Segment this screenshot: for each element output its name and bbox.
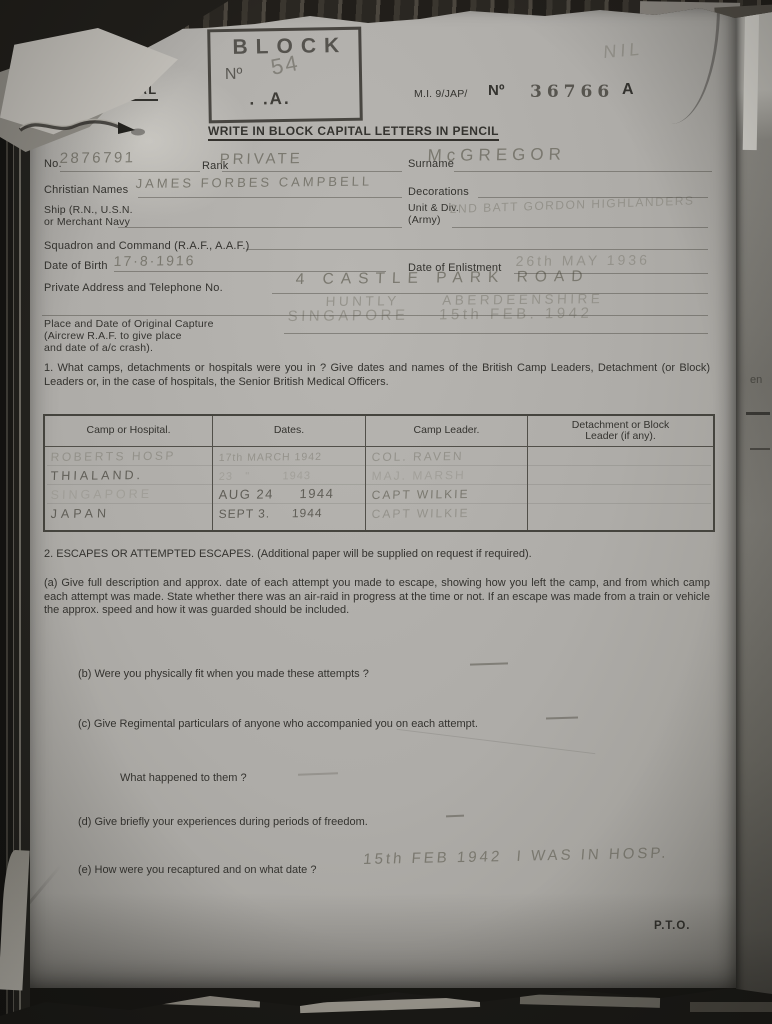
table-cell: SEPT 3. 1944 xyxy=(219,505,359,524)
table-cell: ROBERTS HOSP xyxy=(51,448,206,467)
table-body-detachment xyxy=(528,447,713,530)
table-body-dates: 17th MARCH 1942 23 " 1943 AUG 24 1944 SE… xyxy=(213,447,365,530)
binding-string xyxy=(18,104,158,148)
table-header-dates: Dates. xyxy=(213,416,365,447)
paper-crease xyxy=(397,729,596,754)
rule-line xyxy=(138,196,402,198)
table-cell: JAPAN xyxy=(51,505,206,524)
question-1-text: 1. What camps, detachments or hospitals … xyxy=(44,362,710,389)
table-cell: COL. RAVEN xyxy=(372,448,521,467)
question-2c2-text: What happened to them ? xyxy=(120,772,420,786)
rule-line xyxy=(478,196,708,198)
rule-line xyxy=(272,292,708,294)
field-surname-value: McGREGOR xyxy=(427,145,566,166)
stacked-pages-right-edge xyxy=(736,0,772,1024)
ref-letter: A xyxy=(622,81,634,99)
rule-line xyxy=(222,170,402,172)
table-column-dates: Dates. 17th MARCH 1942 23 " 1943 AUG 24 … xyxy=(213,416,366,530)
field-rank-value: PRIVATE xyxy=(219,150,303,168)
question-2a-text: (a) Give full description and approx. da… xyxy=(44,577,710,618)
table-cell: MAJ. MARSH xyxy=(372,467,521,486)
table-body-leader: COL. RAVEN MAJ. MARSH CAPT WILKIE CAPT W… xyxy=(366,447,527,530)
rule-line xyxy=(514,272,708,274)
table-header-leader: Camp Leader. xyxy=(366,416,527,447)
table-cell: THIALAND. xyxy=(51,467,206,486)
field-dob-label: Date of Birth xyxy=(44,260,108,272)
pencil-dash xyxy=(470,662,508,665)
corner-fold-shadow xyxy=(671,6,720,124)
field-squadron-label: Squadron and Command (R.A.F., A.A.F.) xyxy=(44,240,250,252)
background-line-fragment xyxy=(750,448,770,450)
table-header-detachment: Detachment or Block Leader (if any). xyxy=(528,416,713,447)
question-2b-text: (b) Were you physically fit when you mad… xyxy=(78,668,678,682)
table-cell: SINGAPORE xyxy=(51,486,206,505)
form-ref-number: 36766 xyxy=(530,82,614,102)
paper-scrap xyxy=(60,991,260,1008)
rule-line xyxy=(118,226,402,228)
table-body-camp: ROBERTS HOSP THIALAND. SINGAPORE JAPAN xyxy=(45,447,212,530)
paper-scrap xyxy=(300,997,480,1013)
block-stamp-suffix: . .A. xyxy=(249,89,291,110)
table-cell: CAPT WILKIE xyxy=(372,505,521,524)
table-cell: 23 " 1943 xyxy=(219,467,359,486)
table-cell: AUG 24 1944 xyxy=(219,486,359,505)
ref-prefix: M.I. 9/JAP/ xyxy=(414,88,468,100)
field-ship-label: Ship (R.N., U.S.N. or Merchant Navy xyxy=(44,204,133,228)
block-stamp-handwritten-number: 54 xyxy=(269,50,302,81)
field-christian-value: JAMES FORBES CAMPBELL xyxy=(135,174,372,191)
paper-bottom-shadow xyxy=(26,893,738,988)
rule-line xyxy=(114,270,386,272)
form-sheet: CONFIDENTIAL BLOCK Nº 54 . .A. M.I. 9/JA… xyxy=(26,6,738,988)
paper-scrap xyxy=(520,994,660,1008)
ref-no-label: Nº xyxy=(488,82,505,99)
scanned-pow-form-photo: CONFIDENTIAL BLOCK Nº 54 . .A. M.I. 9/JA… xyxy=(0,0,772,1024)
background-text-fragment: en xyxy=(750,374,762,386)
rule-line xyxy=(246,248,708,250)
table-cell: CAPT WILKIE xyxy=(372,486,521,505)
table-column-leader: Camp Leader. COL. RAVEN MAJ. MARSH CAPT … xyxy=(366,416,528,530)
rule-line xyxy=(452,226,708,228)
table-column-camp: Camp or Hospital. ROBERTS HOSP THIALAND.… xyxy=(45,416,213,530)
field-address-label: Private Address and Telephone No. xyxy=(44,282,223,294)
field-dob-value: 17·8·1916 xyxy=(113,252,196,269)
rule-line xyxy=(60,170,200,172)
rule-line xyxy=(284,332,708,334)
field-capture-label: Place and Date of Original Capture (Airc… xyxy=(44,318,214,354)
field-no-value: 2876791 xyxy=(59,149,136,167)
field-christian-label: Christian Names xyxy=(44,184,128,196)
field-decorations-label: Decorations xyxy=(408,186,469,198)
page-edge-highlight xyxy=(743,0,760,150)
rule-line xyxy=(454,170,712,172)
question-2c-text: (c) Give Regimental particulars of anyon… xyxy=(78,718,698,732)
block-stamp-no-label: Nº xyxy=(225,66,243,84)
table-column-detachment: Detachment or Block Leader (if any). xyxy=(528,416,713,530)
table-cell: 17th MARCH 1942 xyxy=(219,448,359,467)
question-2e-answer: 15th FEB 1942 I WAS IN HOSP. xyxy=(363,845,670,868)
camps-table: Camp or Hospital. ROBERTS HOSP THIALAND.… xyxy=(43,414,715,532)
paper-scrap xyxy=(690,1002,772,1012)
question-2d-text: (d) Give briefly your experiences during… xyxy=(78,816,678,830)
instruction-heading: WRITE IN BLOCK CAPITAL LETTERS IN PENCIL xyxy=(208,124,499,141)
table-header-camp: Camp or Hospital. xyxy=(45,416,212,447)
pencil-note-nil: NIL xyxy=(603,39,644,64)
question-2e-text: (e) How were you recaptured and on what … xyxy=(78,864,398,878)
block-stamp: BLOCK Nº 54 . .A. xyxy=(207,27,363,124)
field-enlistment-value: 26th MAY 1936 xyxy=(515,252,650,269)
question-2-heading: 2. ESCAPES OR ATTEMPTED ESCAPES. (Additi… xyxy=(44,548,706,562)
background-line-fragment xyxy=(746,412,770,415)
rule-line xyxy=(42,314,708,316)
